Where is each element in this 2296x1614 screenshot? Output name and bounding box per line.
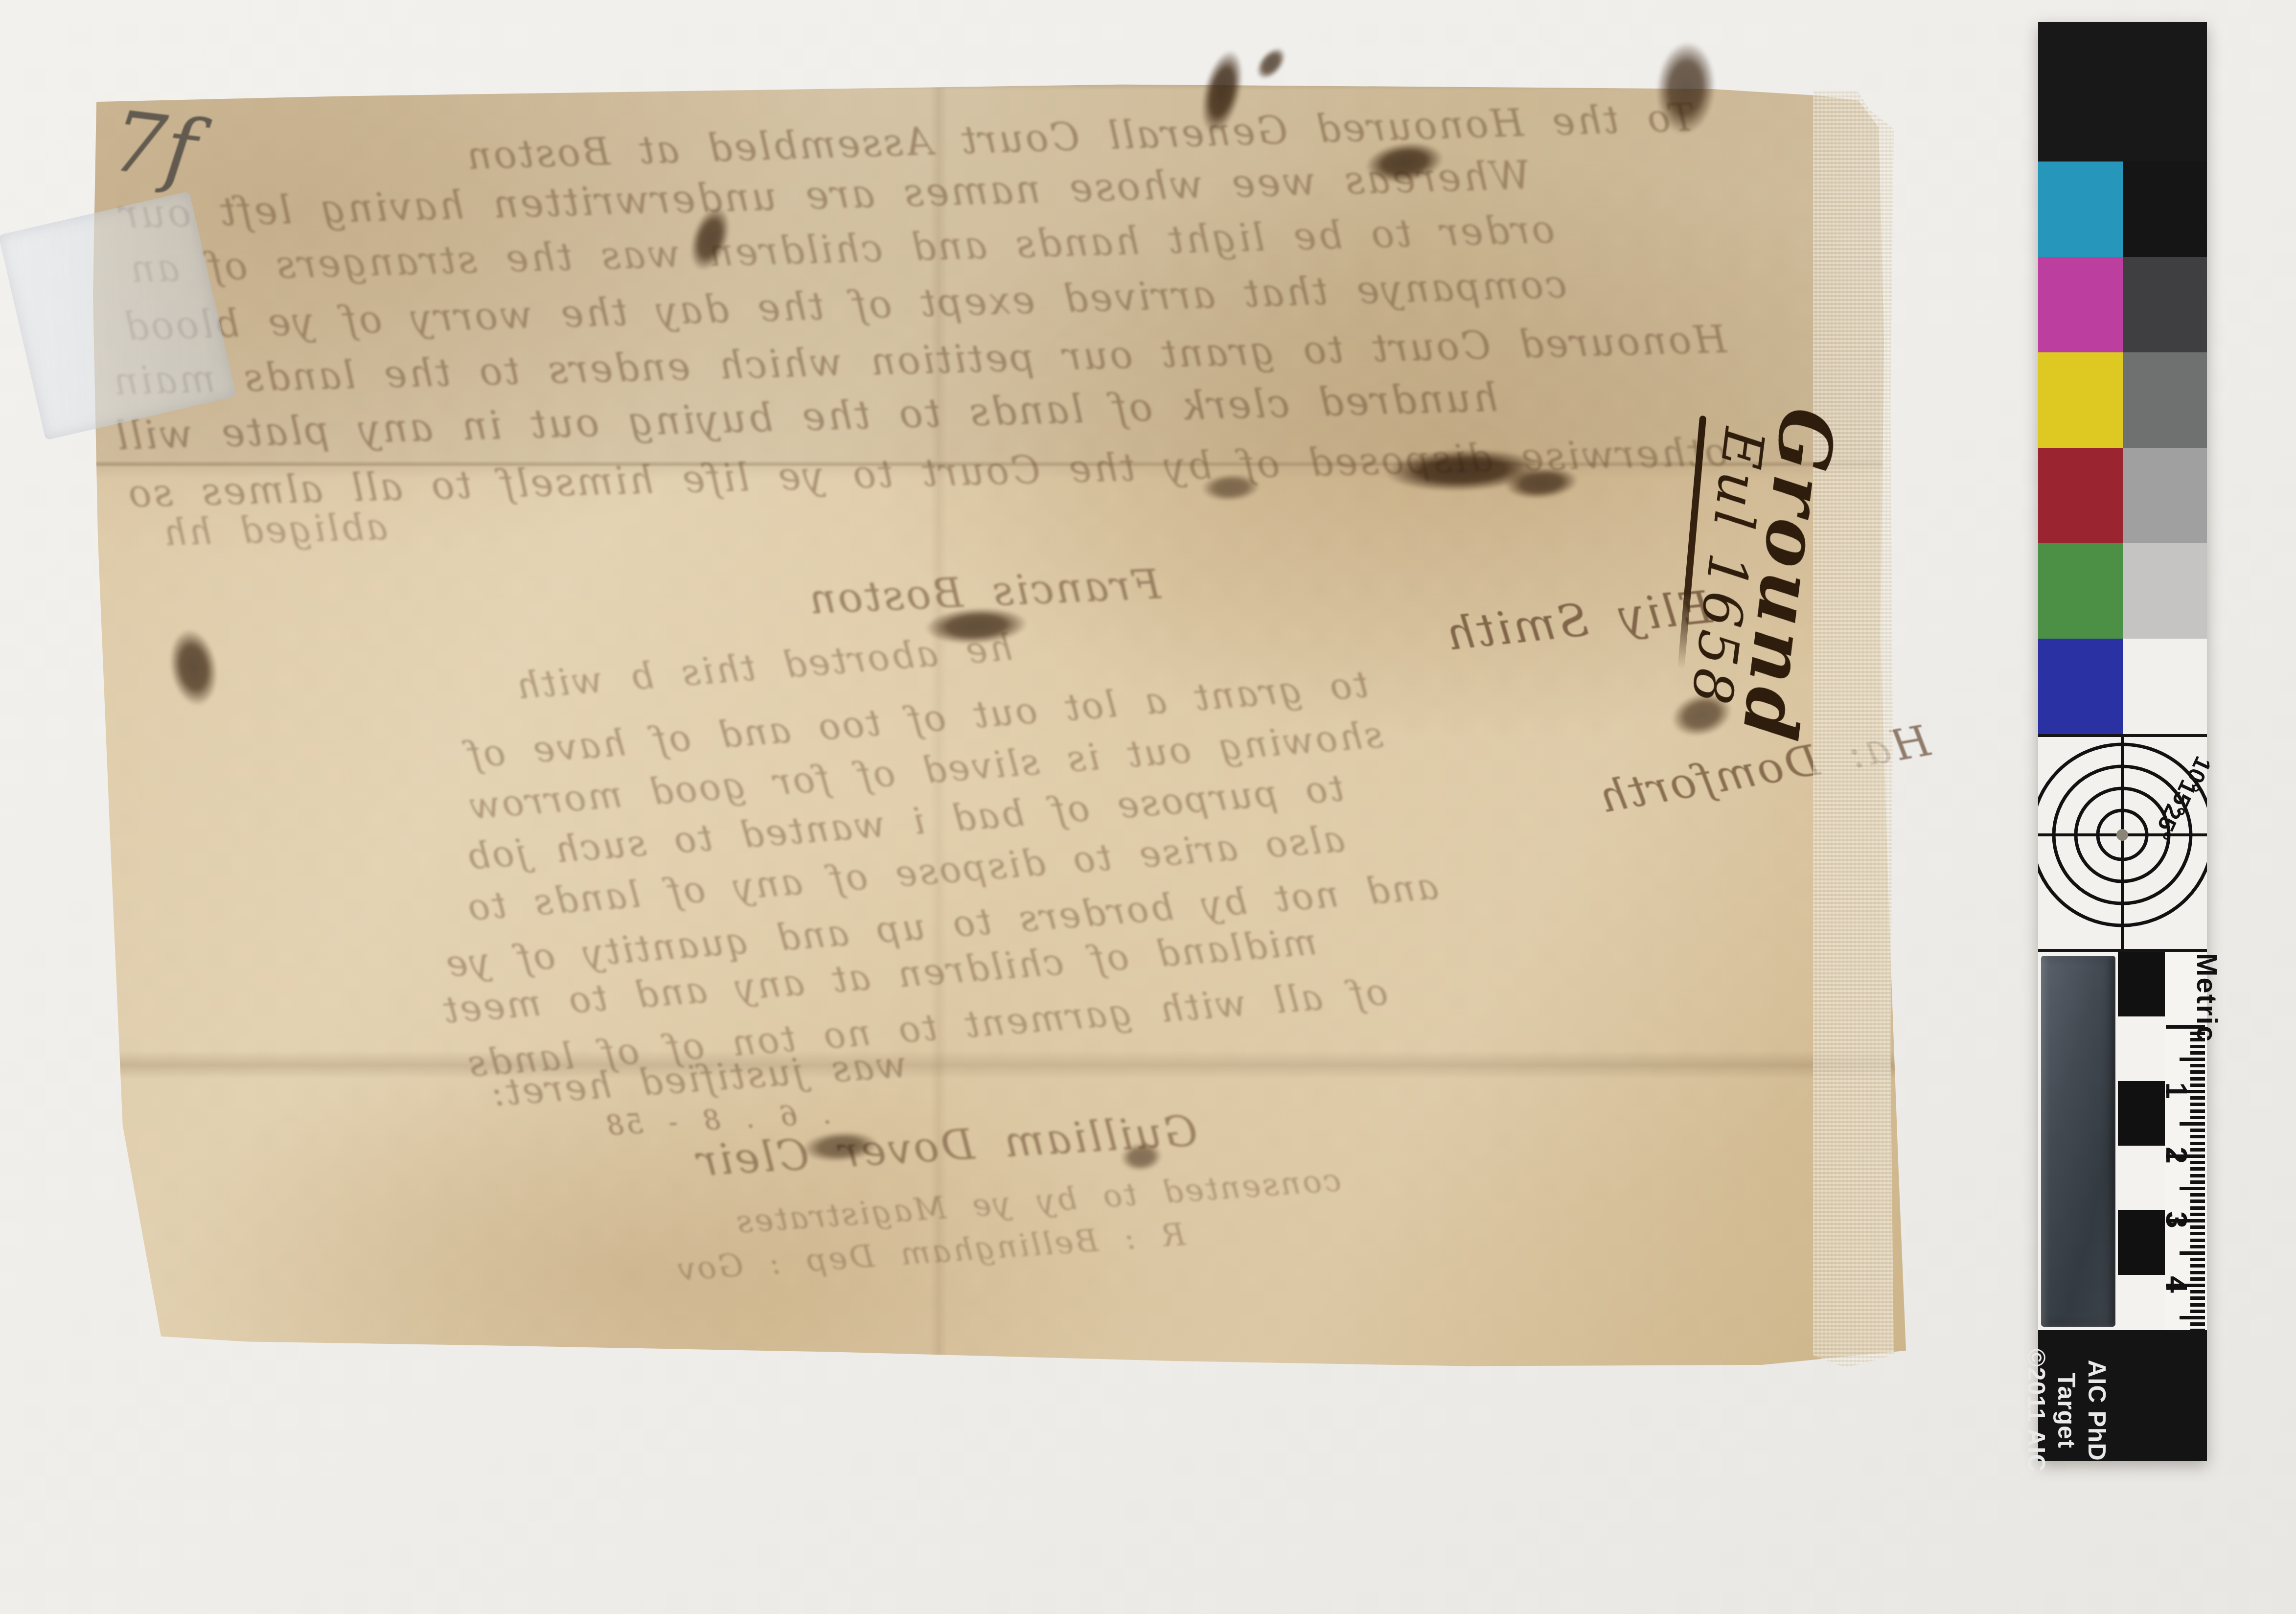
- ruler-tick: [2190, 1135, 2205, 1138]
- bullseye-graphic: [2038, 737, 2207, 949]
- ruler-tick: [2180, 1251, 2205, 1255]
- gauze-repair-strip: [1813, 91, 1894, 1368]
- patch-white: [2123, 639, 2207, 734]
- ruler-tick: [2190, 1077, 2205, 1081]
- ruler-tick: [2190, 1310, 2205, 1313]
- patch-cyan: [2038, 161, 2123, 257]
- patch-row: [2038, 257, 2207, 352]
- ruler-tick: [2190, 1045, 2205, 1048]
- ruler-tick: [2180, 1122, 2205, 1126]
- patch-dark-gray: [2123, 257, 2207, 352]
- ruler-tick: [2190, 1199, 2205, 1203]
- ruler-tick: [2190, 1070, 2205, 1074]
- ruler-tick: [2190, 1064, 2205, 1067]
- checker-cell: [2118, 1146, 2165, 1210]
- ruler-tick: [2190, 1271, 2205, 1274]
- patch-row: [2038, 352, 2207, 448]
- patch-magenta: [2038, 257, 2123, 352]
- target-title: AIC PhD Target: [2051, 1332, 2112, 1489]
- ruler-tick: [2180, 1058, 2205, 1061]
- ruler-tick: [2190, 1232, 2205, 1235]
- ruler-tick: [2190, 1038, 2205, 1041]
- patch-lighter-gray: [2123, 543, 2207, 639]
- ruler-tick: [2190, 1245, 2205, 1248]
- ruler-tick: [2190, 1103, 2205, 1106]
- ruler-tick: [2190, 1051, 2205, 1055]
- ruler-tick: [2190, 1116, 2205, 1119]
- ruler-tick: [2190, 1174, 2205, 1177]
- patch-black: [2123, 161, 2207, 257]
- ruler-tick: [2190, 1206, 2205, 1210]
- checker-cell: [2118, 1016, 2165, 1081]
- ruler-number: 3: [2159, 1211, 2194, 1228]
- patch-row: [2038, 161, 2207, 257]
- ruler-tick: [2190, 1180, 2205, 1184]
- ruler-tick: [2190, 1167, 2205, 1171]
- ruler-tick: [2190, 1129, 2205, 1132]
- metric-ruler-label: Metric: [2190, 953, 2223, 1042]
- aic-phd-color-target: 10° 15° 25° Metric 12345 AIC PhD Target …: [2038, 22, 2207, 1461]
- ruler-number: 2: [2159, 1147, 2194, 1163]
- patch-green: [2038, 543, 2123, 639]
- metric-ruler: Metric 12345: [2165, 952, 2207, 1330]
- target-copyright: ©2011 AIC: [2021, 1332, 2051, 1489]
- target-black-header-patch: [2038, 22, 2207, 161]
- archival-number-mark: 7f: [107, 93, 202, 199]
- ruler-tick: [2180, 1316, 2205, 1319]
- gloss-patch: [2041, 956, 2115, 1327]
- ruler-tick: [2190, 1264, 2205, 1268]
- patch-blue: [2038, 639, 2123, 734]
- photo-stage: To the Honoured Generall Court Assembled…: [0, 0, 2296, 1614]
- handwriting-line: abliged hh: [161, 506, 388, 554]
- patch-row: [2038, 448, 2207, 543]
- ruler-number: 4: [2159, 1276, 2194, 1292]
- ruler-tick: [2190, 1322, 2205, 1326]
- ruler-tick: [2190, 1258, 2205, 1261]
- ruler-tick: [2190, 1239, 2205, 1242]
- ruler-tick: [2190, 1109, 2205, 1113]
- patch-yellow: [2038, 352, 2123, 448]
- ink-blot: [1251, 42, 1291, 84]
- ruler-tick: [2166, 1025, 2205, 1029]
- patch-light-gray: [2123, 448, 2207, 543]
- target-color-patch-rows: [2038, 161, 2207, 734]
- ruler-tick: [2190, 1142, 2205, 1145]
- target-ruler-section: Metric 12345: [2038, 952, 2207, 1330]
- patch-row: [2038, 639, 2207, 734]
- target-bullseye-section: 10° 15° 25°: [2038, 734, 2207, 952]
- ruler-number: 1: [2159, 1082, 2194, 1099]
- patch-row: [2038, 543, 2207, 639]
- ruler-tick: [2190, 1296, 2205, 1300]
- ruler-tick: [2190, 1193, 2205, 1197]
- target-footer: AIC PhD Target ©2011 AIC: [2038, 1330, 2207, 1461]
- patch-mid-gray: [2123, 352, 2207, 448]
- checker-scale-bar: [2118, 952, 2165, 1330]
- ruler-tick: [2190, 1032, 2205, 1035]
- ruler-tick: [2180, 1187, 2205, 1190]
- ruler-tick: [2190, 1303, 2205, 1307]
- patch-dark-red: [2038, 448, 2123, 543]
